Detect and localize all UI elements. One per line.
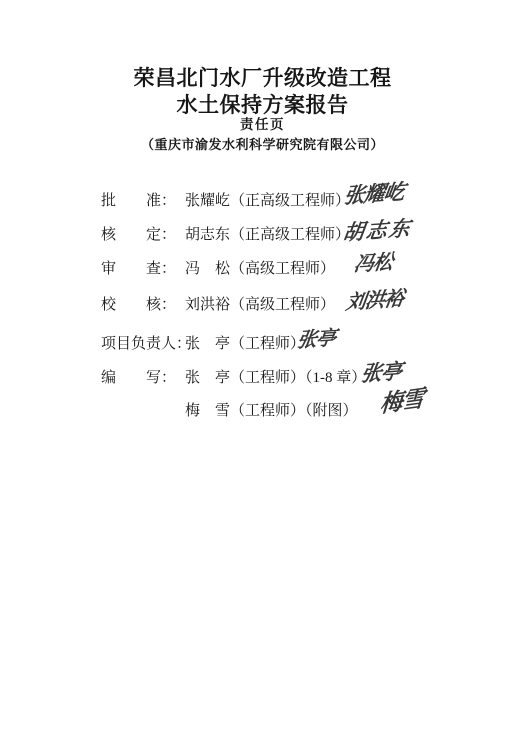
role-value: 冯 松（高级工程师）	[185, 259, 335, 279]
role-value: 张 亭（工程师）（1-8 章）	[185, 368, 366, 388]
signature-author-2: 梅雪	[379, 389, 424, 416]
role-row-verify: 核 定： 胡志东（正高级工程师） 胡志东	[0, 225, 525, 247]
role-value: 刘洪裕（高级工程师）	[185, 295, 335, 315]
role-label: 批 准：	[101, 191, 176, 211]
page-subtitle: 责任页	[0, 113, 525, 133]
document-page: 荣昌北门水厂升级改造工程 水土保持方案报告 责任页 （重庆市渝发水利科学研究院有…	[0, 0, 525, 742]
role-row-author-1: 编 写： 张 亭（工程师）（1-8 章） 张亭	[0, 368, 525, 390]
organization-name: （重庆市渝发水利科学研究院有限公司）	[0, 134, 525, 153]
role-value: 张耀屹（正高级工程师）	[185, 191, 350, 211]
role-label: 编 写：	[101, 368, 176, 388]
role-value: 张 亭（工程师）	[185, 334, 305, 354]
role-label: 项目负责人：	[101, 334, 191, 354]
signature-verifier: 胡志东	[342, 218, 414, 243]
role-row-project-leader: 项目负责人： 张 亭（工程师） 张亭	[0, 334, 525, 356]
role-label: 校 核：	[101, 295, 176, 315]
role-label: 核 定：	[101, 225, 176, 245]
role-label: 审 查：	[101, 259, 176, 279]
role-row-check: 校 核： 刘洪裕（高级工程师） 刘洪裕	[0, 295, 525, 317]
document-title-line1: 荣昌北门水厂升级改造工程	[0, 62, 525, 92]
role-value: 梅 雪（工程师）（附图）	[185, 401, 358, 421]
signature-project-leader: 张亭	[296, 328, 337, 351]
role-value: 胡志东（正高级工程师）	[185, 225, 350, 245]
signature-approver: 张耀屹	[343, 182, 406, 206]
role-row-review: 审 查： 冯 松（高级工程师） 冯松	[0, 259, 525, 281]
role-row-author-2: 梅 雪（工程师）（附图） 梅雪	[0, 401, 525, 423]
signature-reviewer: 冯松	[353, 252, 394, 275]
signature-checker: 刘洪裕	[345, 289, 405, 313]
signature-author-1: 张亭	[360, 361, 403, 384]
role-row-approve: 批 准： 张耀屹（正高级工程师） 张耀屹	[0, 191, 525, 213]
